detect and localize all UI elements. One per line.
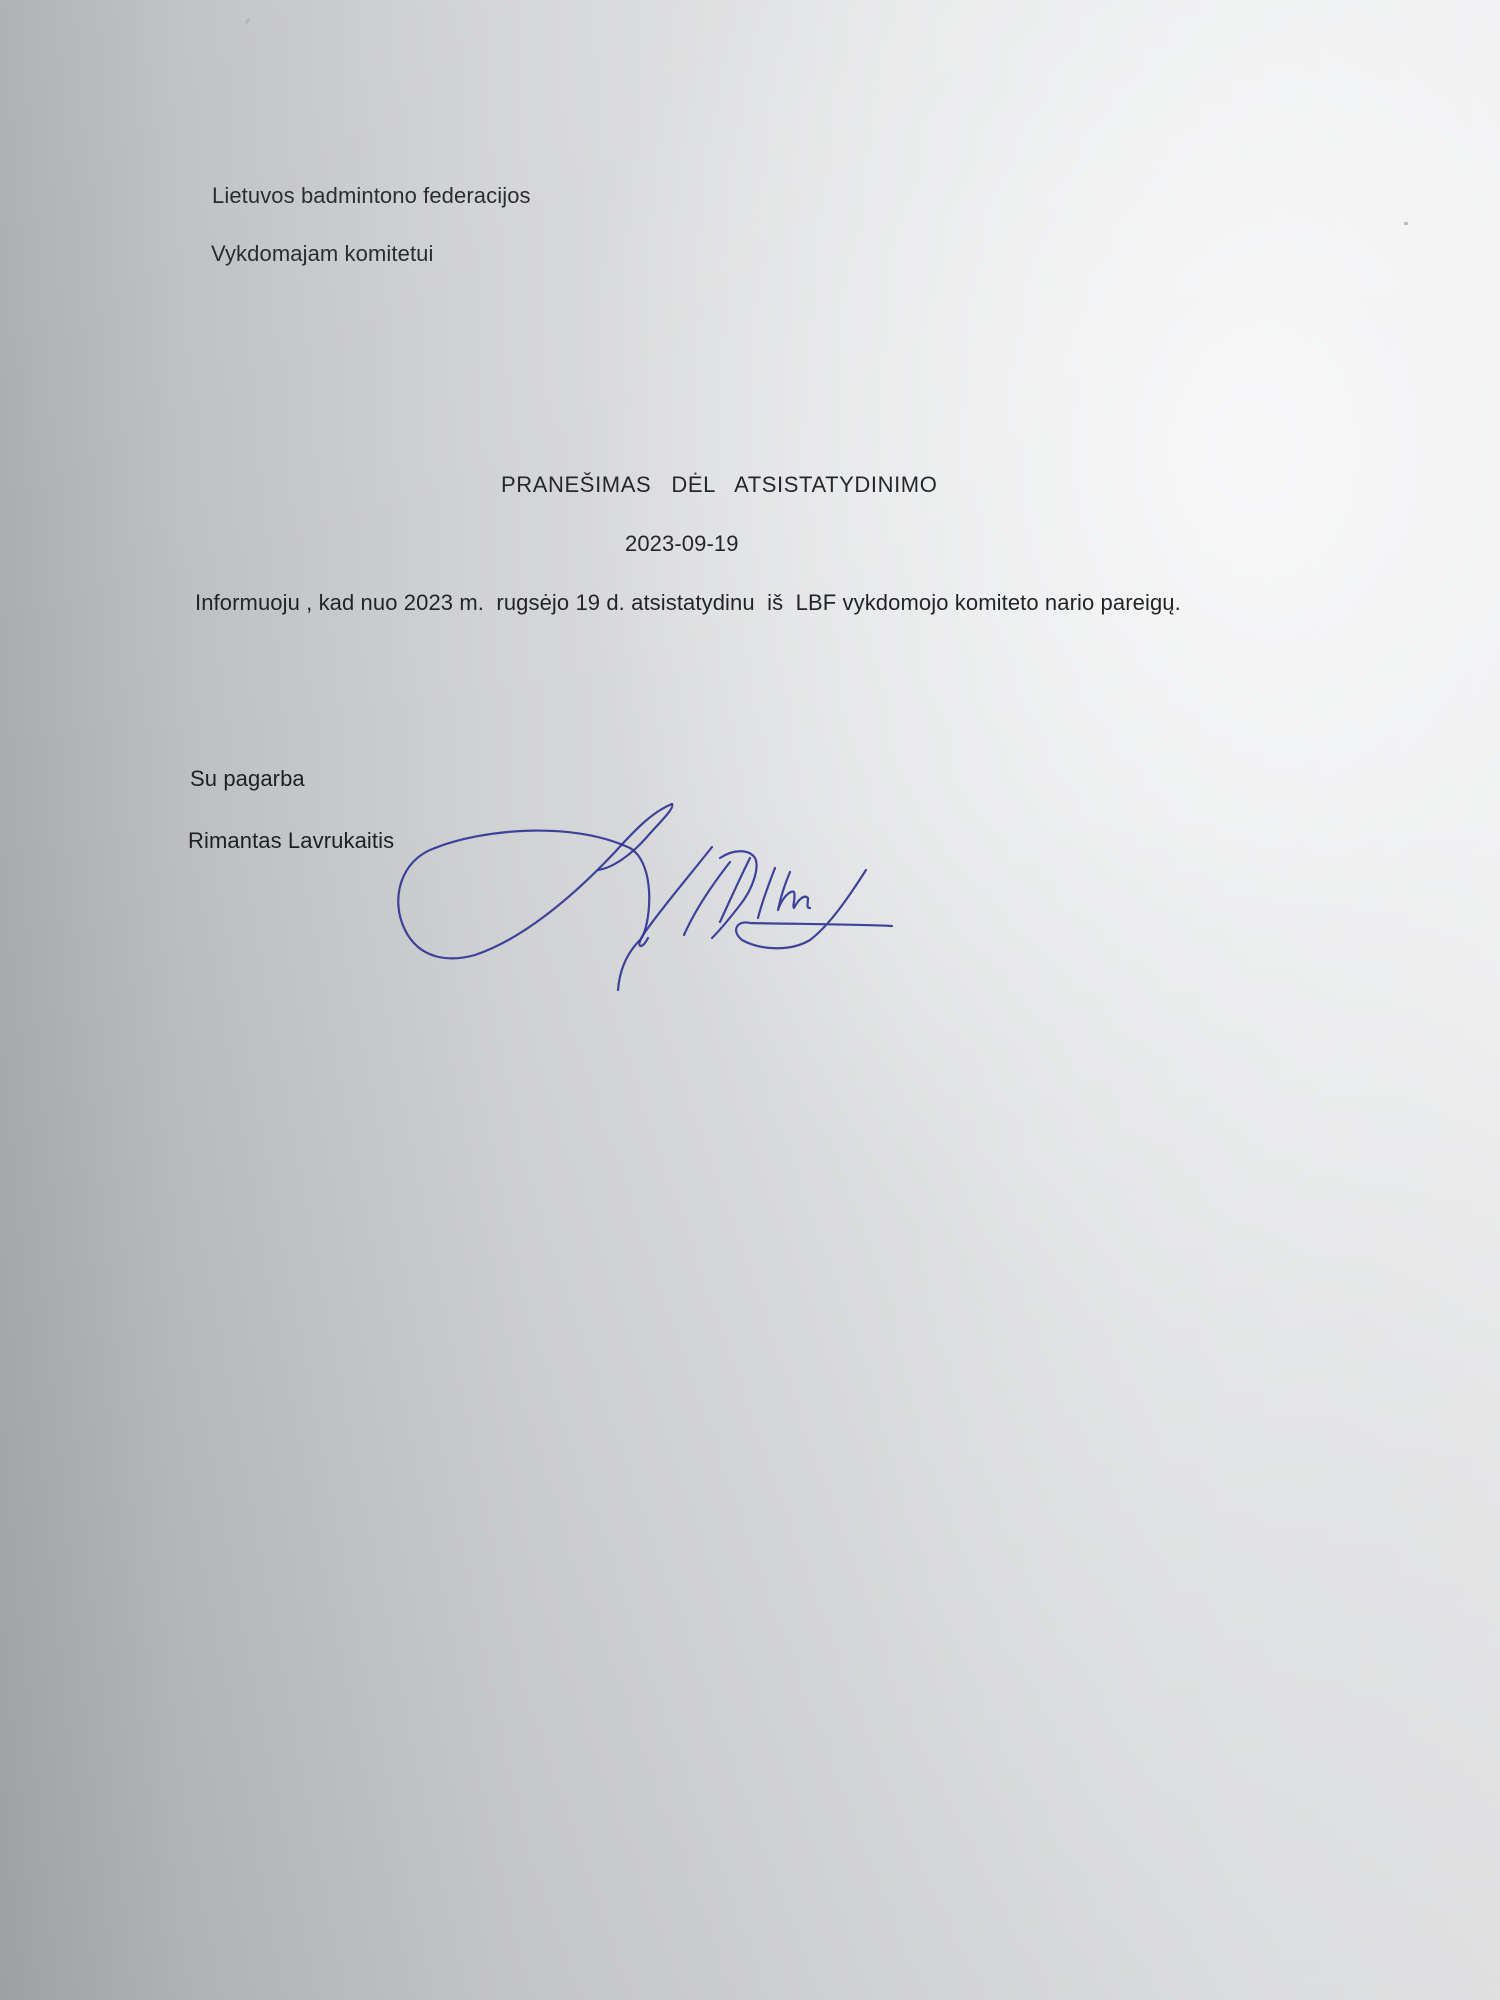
paper-speck: [1404, 222, 1408, 225]
signer-name: Rimantas Lavrukaitis: [188, 828, 394, 854]
handwritten-signature: [390, 790, 950, 1000]
addressee-organization: Lietuvos badmintono federacijos: [212, 183, 531, 209]
document-body: Informuoju , kad nuo 2023 m. rugsėjo 19 …: [195, 590, 1181, 616]
document-title: PRANEŠIMAS DĖL ATSISTATYDINIMO: [501, 472, 937, 498]
closing-phrase: Su pagarba: [190, 766, 305, 792]
paper-speck: [244, 18, 250, 25]
paper-sheet: Lietuvos badmintono federacijos Vykdomaj…: [0, 0, 1500, 2000]
addressee-committee: Vykdomajam komitetui: [211, 241, 433, 267]
document-date: 2023-09-19: [625, 531, 739, 557]
